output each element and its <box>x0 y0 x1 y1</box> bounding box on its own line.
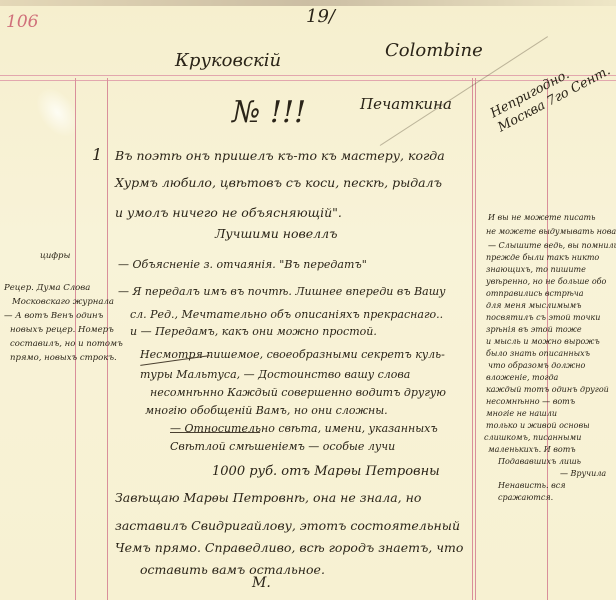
left-margin-line: новыхъ рецер. Номеръ <box>10 324 114 337</box>
sum-heading: 1000 руб. отъ Марѳы Петровны <box>212 464 440 479</box>
section-heading: Лучшими новеллъ <box>215 226 337 241</box>
item-line: — Я передалъ имъ въ почтѣ. Лишнее вперед… <box>118 285 446 298</box>
right-margin-line: для меня мыслимымъ <box>486 300 581 313</box>
main-line: и умолъ ничего не объясняющій". <box>115 205 342 220</box>
exclamation-marks: № !!! <box>232 95 306 130</box>
item-line: несомнѣнно Каждый совершенно водитъ друг… <box>150 386 446 399</box>
left-margin-line: прямо, новыхъ строкъ. <box>10 352 117 365</box>
page-number: 106 <box>6 12 38 32</box>
right-margin-line: — Слышите ведь, вы помнили <box>488 240 616 253</box>
press-note: Печаткина <box>360 95 452 113</box>
main-line: Хурмъ любило, цвѣтовъ съ коси, пескѣ, ры… <box>115 175 442 190</box>
right-margin-line: вложеніе, тогда <box>486 372 558 385</box>
left-margin-title: цифры <box>40 250 70 263</box>
right-margin-line: сражаются. <box>498 492 553 505</box>
main-line: оставить вамъ остальное. <box>140 562 325 577</box>
signature: М. <box>252 575 271 591</box>
right-margin-line: несомнѣнно — вотъ <box>486 396 575 409</box>
item-line: многію обобщеній Вамъ, но они сложны. <box>145 404 388 417</box>
author-name: Круковскій <box>175 50 281 71</box>
item-line: — Объясненіе з. отчаянія. "Въ передатъ" <box>118 258 367 271</box>
main-line: Въ поэтѣ онъ пришелъ къ-то къ мастеру, к… <box>115 148 445 163</box>
right-margin-line: слишкомъ, писанными <box>484 432 581 445</box>
right-margin-line: каждый тотъ одинъ другой <box>486 384 609 397</box>
left-margin-line: — А вотъ Венъ одинъ <box>4 310 103 323</box>
left-margin-line: Московскаго журнала <box>12 296 114 309</box>
text-column-rule-1 <box>472 78 473 600</box>
right-margin-line: — Вручила <box>560 468 606 481</box>
right-margin-line: увѣренно, но не больше обо <box>486 276 606 289</box>
right-margin-line: только и живой основы <box>486 420 590 433</box>
main-line: заставилъ Свидригайлову, этотъ состоятел… <box>115 518 460 533</box>
right-margin-line: многіе не нашли <box>486 408 557 421</box>
right-margin-line: знающихъ, то пишите <box>486 264 586 277</box>
header-rule-top <box>0 75 616 76</box>
right-margin-line: посвятилъ съ этой точки <box>486 312 600 325</box>
pseudonym: Colombine <box>385 40 483 61</box>
right-margin-line: было знать описанныхъ <box>486 348 590 361</box>
right-margin-line: Подававшихъ лишь <box>498 456 581 469</box>
folio-number: 19/ <box>306 6 335 27</box>
main-line: Чемъ прямо. Справедливо, всѣ городъ знае… <box>115 540 463 555</box>
right-margin-line: Ненависть. вся <box>498 480 566 493</box>
header-rule-bottom <box>0 80 616 81</box>
text-column-rule-2 <box>475 78 476 600</box>
right-margin-line: маленькихъ. И вотъ <box>488 444 576 457</box>
right-margin-line: что образомъ должно <box>488 360 585 373</box>
left-margin-line: Рецер. Дума Слова <box>4 282 90 295</box>
right-margin-line: отправились встрѣча <box>486 288 584 301</box>
right-margin-line: не можете выдумывать новаго <box>486 226 616 239</box>
item-line: сл. Ред., Мечтательно объ описаніяхъ пре… <box>130 308 443 321</box>
main-line: Завѣщаю Марѳы Петровнѣ, она не знала, но <box>115 490 421 505</box>
entry-number: 1 <box>92 145 102 164</box>
item-line: Свѣтлой смѣшеніемъ — особые лучи <box>170 440 395 453</box>
right-margin-line: прежде были такъ никто <box>486 252 599 265</box>
underline-stroke <box>170 432 260 433</box>
item-line: — Относительно свѣта, имени, указанныхъ <box>170 422 438 435</box>
right-margin-line: зрѣнія въ этой тоже <box>486 324 582 337</box>
item-line: туры Мальтуса, — Достоинство вашу слова <box>140 368 410 381</box>
item-line: и — Передамъ, какъ они можно простой. <box>130 325 377 338</box>
left-margin-line: составилъ, но и потомъ <box>10 338 123 351</box>
right-margin-line: и мысль и можно вырожъ <box>486 336 600 349</box>
right-margin-line: И вы не можете писать <box>488 212 595 225</box>
